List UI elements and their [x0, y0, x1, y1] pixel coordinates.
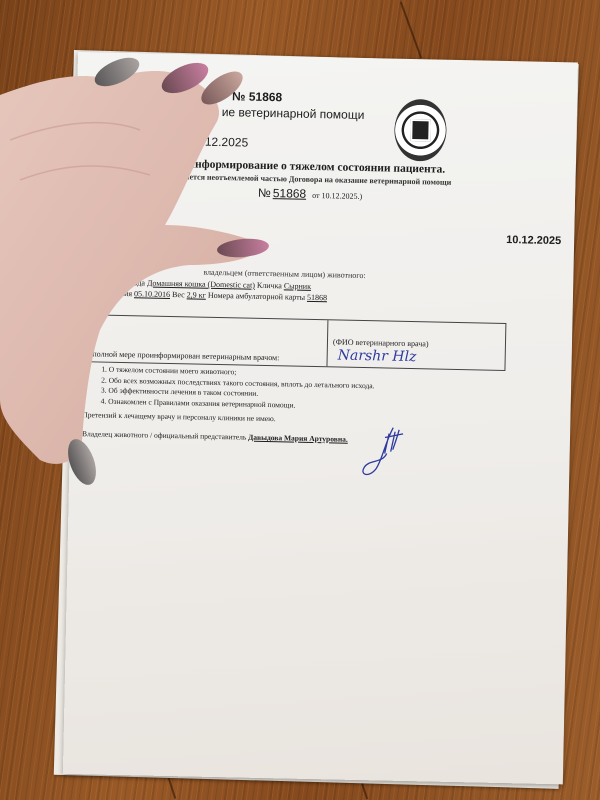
card-label: Номера амбулаторной карты [208, 291, 305, 302]
doctor-signature: Narshr Hlz [338, 348, 417, 366]
header-date: 10.12.2025 [188, 134, 248, 149]
name-label: Кличка [257, 281, 282, 291]
header-number: № 51868 [232, 89, 282, 104]
species-label: Вид [81, 277, 95, 286]
informed-items-list: 1. О тяжелом состоянии моего животного; … [101, 365, 375, 413]
no-claims-statement: Претензий к лечащему врачу и персоналу к… [82, 410, 275, 423]
informed-text: в полной мере проинформирован ветеринарн… [87, 349, 280, 362]
birth-label: Дата рождения [81, 288, 132, 298]
contract-number-prefix: № [258, 186, 271, 200]
document-date: 10.12.2025 [506, 234, 561, 247]
owner-signature-icon [354, 423, 415, 484]
birth-date-value: 05.10.2016 [134, 289, 170, 299]
header-subtitle: ие ветеринарной помощи [222, 105, 365, 122]
breed-value: Домашняя кошка (Domestic cat) [147, 278, 255, 289]
contract-number: 51868 [273, 186, 307, 201]
weight-value: 2,9 кг [187, 290, 206, 299]
owner-line: владельцем (ответственным лицом) животно… [203, 268, 365, 280]
informed-by-table: в полной мере проинформирован ветеринарн… [84, 314, 507, 371]
table-plank-seam [400, 1, 422, 58]
owner-signature-line: Владелец животного / официальный предста… [82, 429, 348, 444]
owner-name: Давыдова Мария Артуровна. [248, 433, 348, 444]
owner-sign-label: Владелец животного / официальный предста… [82, 429, 246, 441]
card-number-value: 51868 [307, 293, 327, 302]
species-value: кошка [97, 277, 118, 286]
pet-name-value: Сырник [284, 281, 311, 291]
contract-date: от 10.12.2025.) [312, 191, 362, 201]
seal-emblem [410, 119, 430, 141]
clinic-seal-icon [394, 99, 447, 162]
informed-cell: в полной мере проинформирован ветеринарн… [85, 315, 329, 366]
document-sheet: № 51868 ие ветеринарной помощи 10.12.202… [63, 52, 578, 784]
breed-label: Порода [120, 278, 145, 288]
weight-label: Вес [172, 290, 185, 299]
doctor-cell: (ФИО ветеринарного врача) Narshr Hlz [327, 320, 505, 370]
